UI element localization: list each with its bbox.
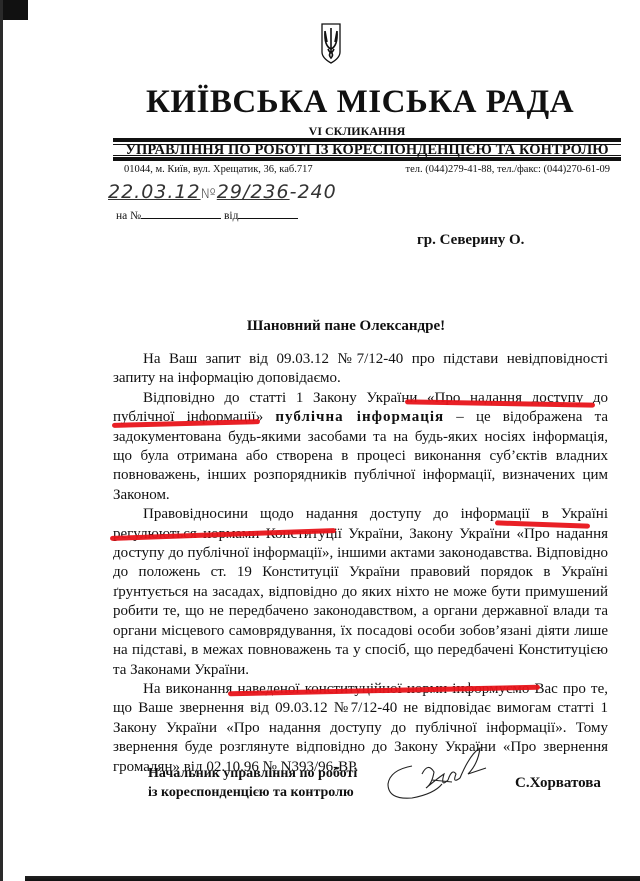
recipient: гр. Северину О. bbox=[417, 232, 524, 249]
signer-title: Начальник управління по роботі із коресп… bbox=[148, 764, 357, 802]
paragraph-4: На виконання наведеної конституційної но… bbox=[113, 680, 608, 777]
header-rule bbox=[113, 157, 621, 161]
trident-coat-of-arms-icon bbox=[320, 22, 342, 64]
from-label: від bbox=[224, 210, 238, 222]
convocation-label: VI СКЛИКАННЯ bbox=[0, 124, 640, 139]
paragraph-1: На Ваш запит від 09.03.12 №7/12-40 про п… bbox=[113, 350, 608, 389]
header-rule-thin bbox=[113, 155, 621, 156]
reply-to-label: на № bbox=[116, 210, 141, 222]
scan-bottom-edge bbox=[25, 875, 640, 881]
signer-name: С.Хорватова bbox=[515, 775, 601, 792]
number-sign: № bbox=[201, 187, 217, 202]
defined-term: публічна інформація bbox=[275, 409, 444, 425]
registration-stamp: 22.03.12№29/236-240 bbox=[108, 181, 337, 203]
signature-scribble-icon bbox=[382, 744, 502, 804]
reply-number-blank bbox=[141, 218, 221, 219]
organization-title: КИЇВСЬКА МІСЬКА РАДА bbox=[0, 84, 640, 121]
letter-body: На Ваш запит від 09.03.12 №7/12-40 про п… bbox=[113, 350, 608, 777]
salutation: Шановний пане Олександре! bbox=[0, 318, 640, 335]
paragraph-3: Правовідносини щодо надання доступу до і… bbox=[113, 505, 608, 680]
reply-date-blank bbox=[238, 218, 298, 219]
registration-number: 29/236 bbox=[217, 181, 290, 203]
scan-corner-mark bbox=[0, 0, 28, 20]
reply-reference: на № від bbox=[116, 210, 298, 222]
registration-suffix: -240 bbox=[290, 181, 337, 203]
registration-date: 22.03.12 bbox=[108, 181, 201, 203]
phone-text: тел. (044)279-41-88, тел./факс: (044)270… bbox=[406, 164, 611, 175]
address-text: 01044, м. Київ, вул. Хрещатик, 36, каб.7… bbox=[124, 164, 313, 175]
